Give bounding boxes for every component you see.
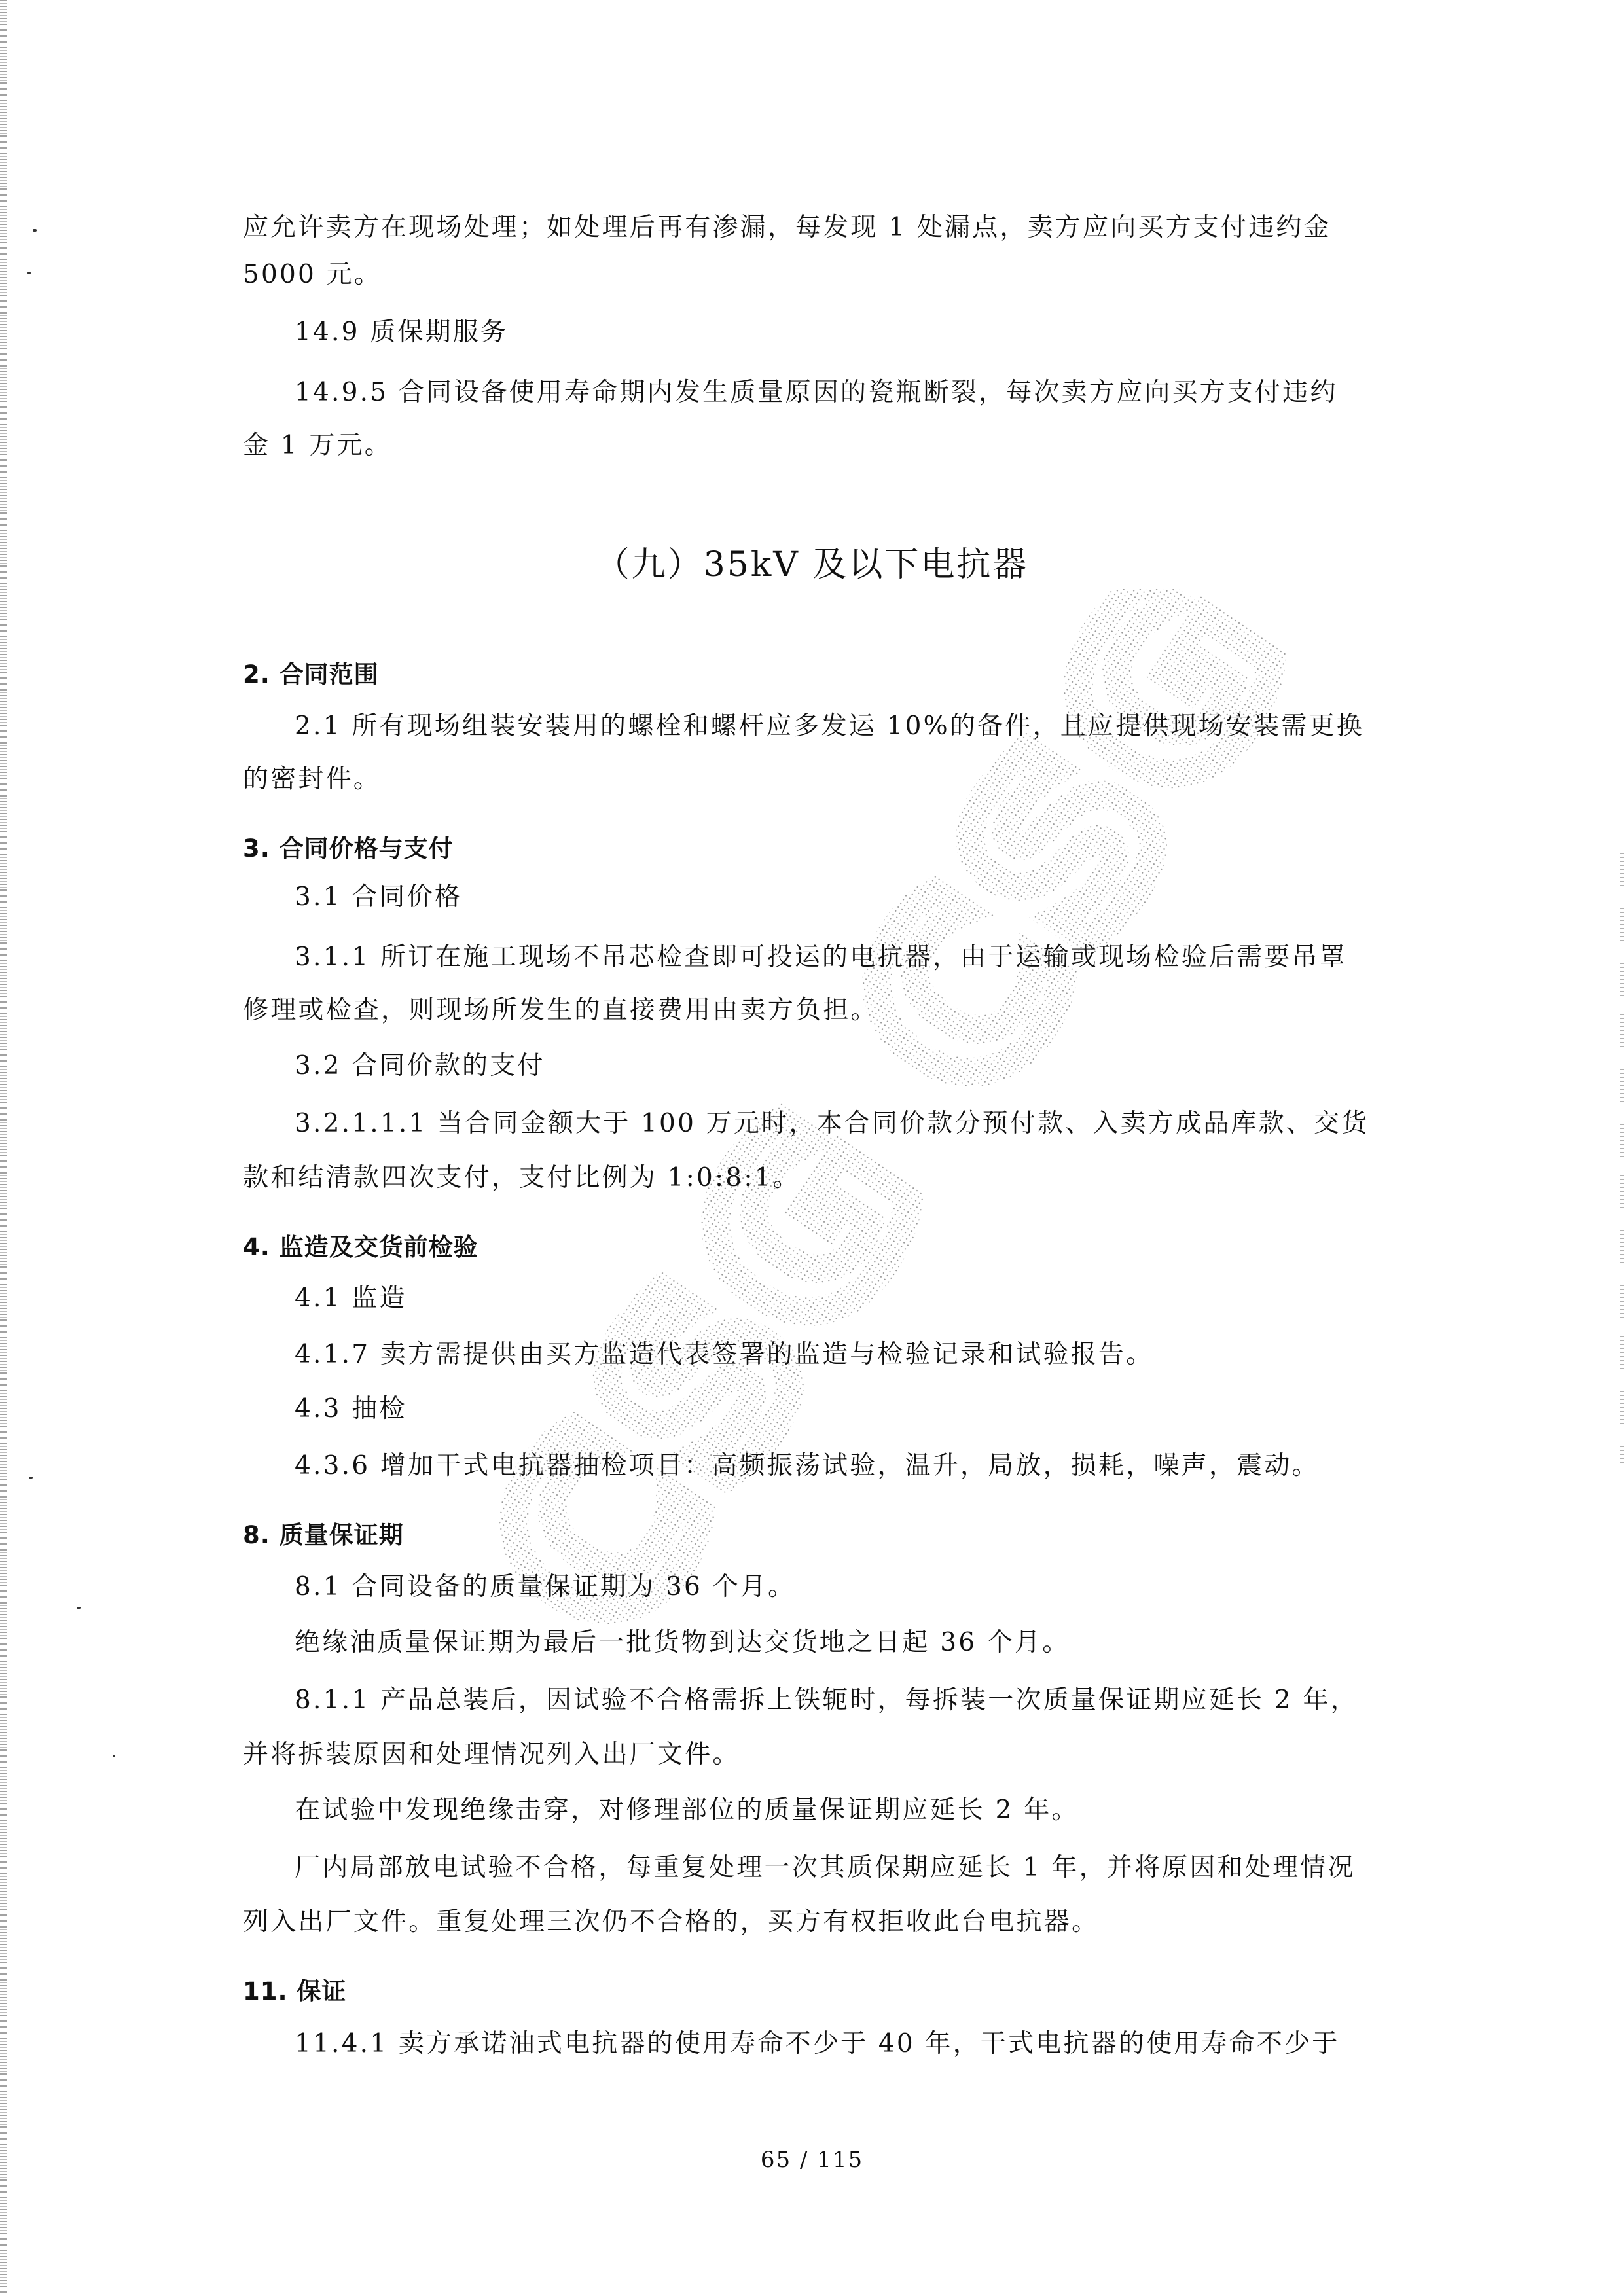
body-line: 在试验中发现绝缘击穿，对修理部位的质量保证期应延长 2 年。 xyxy=(295,1795,1385,1826)
scan-speck xyxy=(27,272,31,274)
body-line: 4.1.7 卖方需提供由买方监造代表签署的监造与检验记录和试验报告。 xyxy=(295,1339,1385,1371)
body-line: 列入出厂文件。重复处理三次仍不合格的，买方有权拒收此台电抗器。 xyxy=(243,1907,1385,1938)
body-line: 5000 元。 xyxy=(243,259,1385,291)
body-line: 3.2.1.1.1 当合同金额大于 100 万元时，本合同价款分预付款、入卖方成… xyxy=(295,1108,1385,1139)
clause-heading: 3.1 合同价格 xyxy=(295,882,1385,913)
scan-speck xyxy=(77,1607,81,1609)
body-line: 金 1 万元。 xyxy=(243,430,1385,461)
body-line: 的密封件。 xyxy=(243,764,1385,795)
clause-heading: 3.2 合同价款的支付 xyxy=(295,1050,1385,1082)
scan-speck xyxy=(113,1755,115,1757)
body-line: 厂内局部放电试验不合格，每重复处理一次其质保期应延长 1 年，并将原因和处理情况 xyxy=(295,1852,1385,1884)
section-title: （九）35kV 及以下电抗器 xyxy=(0,544,1624,586)
body-line: 11.4.1 卖方承诺油式电抗器的使用寿命不少于 40 年，干式电抗器的使用寿命… xyxy=(295,2028,1385,2060)
section-heading: 3. 合同价格与支付 xyxy=(243,833,1385,865)
section-heading: 8. 质量保证期 xyxy=(243,1520,1385,1551)
body-line: 应允许卖方在现场处理；如处理后再有渗漏，每发现 1 处漏点，卖方应向买方支付违约… xyxy=(243,212,1385,243)
section-heading: 11. 保证 xyxy=(243,1976,1385,2007)
body-line: 绝缘油质量保证期为最后一批货物到达交货地之日起 36 个月。 xyxy=(295,1627,1385,1659)
body-line: 4.3.6 增加干式电抗器抽检项目：高频振荡试验，温升，局放，损耗，噪声，震动。 xyxy=(295,1450,1385,1482)
body-line: 款和结清款四次支付，支付比例为 1:0:8:1。 xyxy=(243,1162,1385,1194)
clause-heading: 14.9 质保期服务 xyxy=(295,317,1385,348)
body-line: 并将拆装原因和处理情况列入出厂文件。 xyxy=(243,1739,1385,1770)
scan-edge-left xyxy=(0,0,7,2296)
body-line: 14.9.5 合同设备使用寿命期内发生质量原因的瓷瓶断裂，每次卖方应向买方支付违… xyxy=(295,377,1385,408)
section-heading: 4. 监造及交货前检验 xyxy=(243,1232,1385,1263)
clause-heading: 4.3 抽检 xyxy=(295,1393,1385,1425)
body-line: 8.1.1 产品总装后，因试验不合格需拆上铁轭时，每拆装一次质量保证期应延长 2… xyxy=(295,1685,1385,1716)
body-line: 8.1 合同设备的质量保证期为 36 个月。 xyxy=(295,1571,1385,1603)
body-line: 2.1 所有现场组装安装用的螺栓和螺杆应多发运 10%的备件，且应提供现场安装需… xyxy=(295,711,1385,742)
scan-speck xyxy=(29,1477,33,1479)
body-line: 3.1.1 所订在施工现场不吊芯检查即可投运的电抗器，由于运输或现场检验后需要吊… xyxy=(295,942,1385,973)
page-number: 65 / 115 xyxy=(0,2147,1624,2173)
section-heading: 2. 合同范围 xyxy=(243,659,1385,691)
scan-speck xyxy=(33,229,37,232)
scan-edge-right xyxy=(1620,838,1624,1466)
body-line: 修理或检查，则现场所发生的直接费用由卖方负担。 xyxy=(243,995,1385,1026)
clause-heading: 4.1 监造 xyxy=(295,1283,1385,1314)
